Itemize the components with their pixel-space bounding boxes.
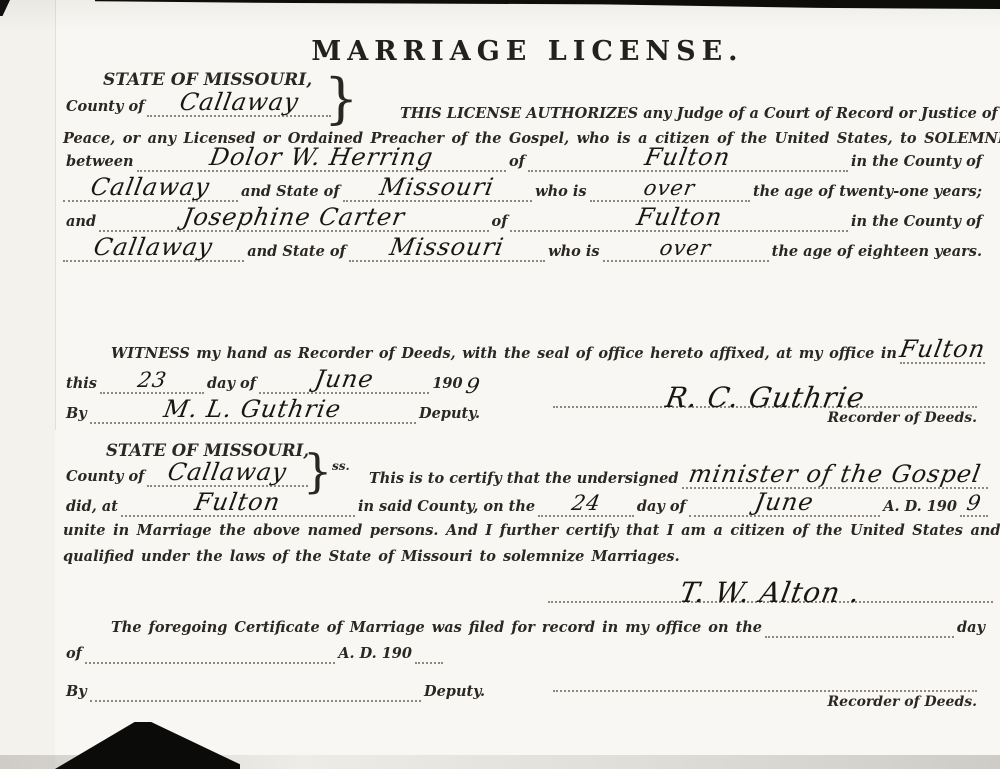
groom-county: Callaway [90,179,212,195]
officiant-field: minister of the Gospel [682,466,989,489]
ss-label: ss. [332,456,350,476]
filing-of-label: of [63,644,85,664]
bride-state-field: Missouri [349,239,545,262]
bride-city-field: Fulton [510,209,848,232]
filing-ad-label: A. D. 190 [335,644,415,664]
authorization-line-2: Peace, or any Licensed or Ordained Preac… [63,129,1000,149]
brace-glyph: } [324,72,358,126]
county-value: Callaway [178,94,300,110]
office-city: Fulton [899,341,987,357]
filing-by-label: By [63,682,90,702]
page-left-margin [0,0,55,769]
county-value-2: Callaway [167,464,289,480]
filing-deputy-label: Deputy. [421,682,488,702]
and-label: and [63,212,99,232]
filing-recorder-line [553,670,977,692]
recorder-signature-line: R. C. Guthrie [553,368,977,408]
on-the-label: in said County, on the [355,497,538,517]
officiant-signature: T. W. Alton . [679,585,862,601]
officiant-role: minister of the Gospel [687,466,982,482]
marriage-month-field: June [689,494,880,517]
state-heading: STATE OF MISSOURI, [103,70,312,90]
filing-recorder-title: Recorder of Deeds. [553,694,977,710]
deputy-label: Deputy. [416,404,483,424]
groom-county-field: Callaway [63,179,238,202]
and-state-label-2: and State of [244,242,349,262]
filing-deputy-field [90,700,421,702]
marriage-day-field: 24 [538,495,634,517]
marriage-city-field: Fulton [121,494,355,517]
bride-age-field: over [603,240,769,262]
bride-age: over [659,240,713,256]
between-label: between [63,152,137,172]
filing-month-field [85,662,335,664]
county-of-label: County of [63,97,147,117]
document-title: MARRIAGE LICENSE. [55,36,1000,67]
filing-day-field [765,636,954,638]
day-of-label-2: day of [634,497,689,517]
who-is-label: who is [532,182,589,202]
officiant-signature-block: T. W. Alton . [548,565,993,603]
witness-text: WITNESS my hand as Recorder of Deeds, wi… [63,344,900,364]
authorization-line-1: THIS LICENSE AUTHORIZES any Judge of a C… [400,104,1000,124]
bride-state: Missouri [389,239,506,255]
officiant-signature-line: T. W. Alton . [548,565,993,603]
this-label: this [63,374,100,394]
certificate-body-2: unite in Marriage the above named person… [63,521,1000,541]
bride-name: Josephine Carter [181,209,406,225]
witness-day-field: 23 [100,372,204,394]
by-label: By [63,404,90,424]
witness-month-field: June [259,371,429,394]
in-county-label: in the County of [848,152,985,172]
in-county-label-2: in the County of [848,212,985,232]
witness-day: 23 [136,372,168,388]
of-label: of [506,152,528,172]
office-city-field: Fulton [900,341,985,364]
marriage-year-digit: 9 [965,495,982,511]
deputy-signature-field: M. L. Guthrie [90,401,416,424]
age-18-text: the age of eighteen years. [769,242,985,262]
and-state-label: and State of [238,182,343,202]
county-field-2: Callaway [147,464,308,487]
bride-county-field: Callaway [63,239,244,262]
did-at-label: did, at [63,497,121,517]
brace-glyph-2: } [303,448,332,494]
year-printed: 190 [429,374,465,394]
recorder-signature: R. C. Guthrie [664,390,866,406]
groom-state: Missouri [379,179,496,195]
marriage-month: June [754,494,816,510]
witness-month: June [313,371,375,387]
groom-city-field: Fulton [528,149,848,172]
groom-name: Dolor W. Herring [208,149,434,165]
marriage-year-field: 9 [960,495,988,517]
page-corner-fold [55,722,240,769]
filing-year-field [415,662,443,664]
bride-county: Callaway [93,239,215,255]
groom-age-field: over [590,180,750,202]
county-field: Callaway [147,94,331,117]
day-of-label: day of [204,374,259,394]
filing-day-label: day [954,618,988,638]
witness-year-digit: 9 [464,378,481,394]
groom-name-field: Dolor W. Herring [137,149,506,172]
filing-recorder-block: Recorder of Deeds. [553,670,977,710]
certify-text: This is to certify that the undersigned [366,469,682,489]
groom-state-field: Missouri [343,179,533,202]
county-of-label-2: County of [63,467,147,487]
marriage-day: 24 [570,495,602,511]
scanned-marriage-license: MARRIAGE LICENSE. STATE OF MISSOURI, Cou… [0,0,1000,769]
bride-name-field: Josephine Carter [99,209,488,232]
groom-age: over [643,180,697,196]
marriage-city: Fulton [194,494,282,510]
ad-label: A. D. 190 [880,497,960,517]
filed-text: The foregoing Certificate of Marriage wa… [63,618,765,638]
certificate-body-3: qualified under the laws of the State of… [63,547,680,567]
groom-city: Fulton [644,149,732,165]
recorder-signature-block: R. C. Guthrie Recorder of Deeds. [553,368,977,426]
of-label-2: of [489,212,511,232]
who-is-label-2: who is [545,242,602,262]
deputy-signature: M. L. Guthrie [163,401,343,417]
age-21-text: the age of twenty-one years; [750,182,985,202]
bride-city: Fulton [635,209,723,225]
